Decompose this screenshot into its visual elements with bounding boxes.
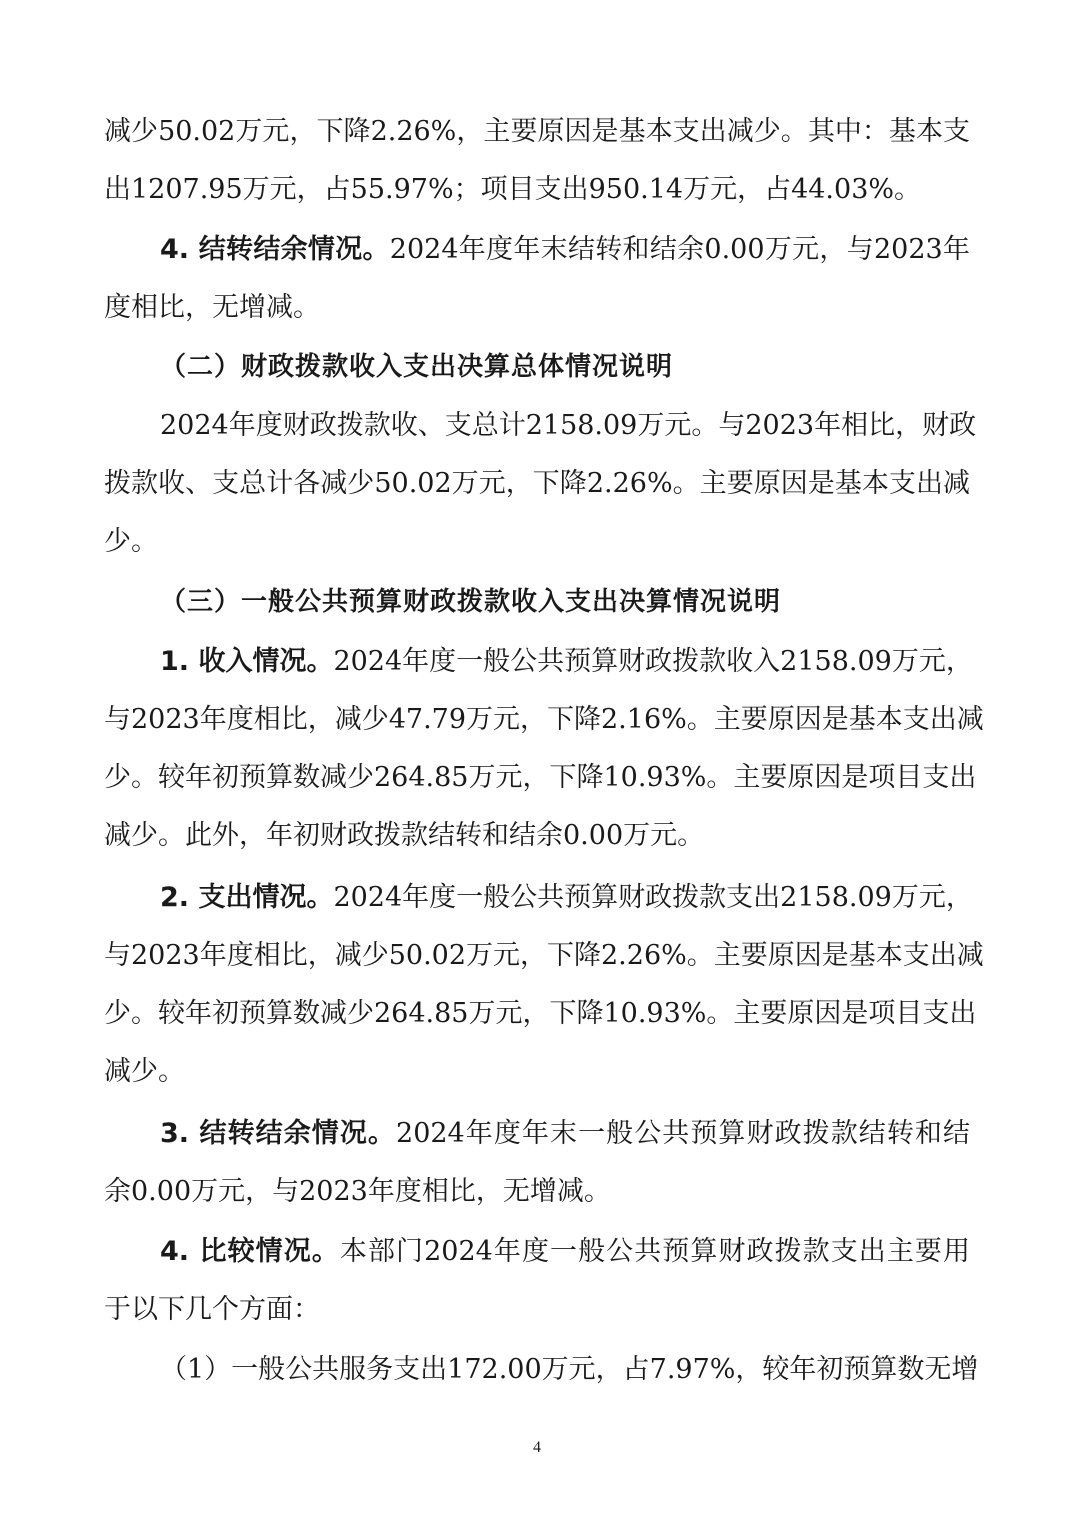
paragraph-line: 度相比，无增减。	[104, 288, 970, 328]
paragraph-line: 4. 比较情况。本部门2024年度一般公共预算财政拨款支出主要用	[160, 1232, 970, 1272]
paragraph-text: 2024年度年末结转和结余0.00万元，与2023年	[390, 234, 970, 265]
paragraph-line: 3. 结转结余情况。2024年度年末一般公共预算财政拨款结转和结	[160, 1114, 970, 1154]
paragraph-line: 少。较年初预算数减少264.85万元，下降10.93%。主要原因是项目支出	[104, 758, 970, 798]
paragraph-line: 与2023年度相比，减少47.79万元，下降2.16%。主要原因是基本支出减	[104, 700, 970, 740]
section-heading: （二）财政拨款收入支出决算总体情况说明	[160, 347, 673, 387]
paragraph-line: 2. 支出情况。2024年度一般公共预算财政拨款支出2158.09万元，	[160, 878, 970, 918]
paragraph-lead: 3. 结转结余情况。	[160, 1118, 396, 1149]
paragraph-text: 2024年度一般公共预算财政拨款支出2158.09万元，	[333, 882, 972, 913]
page-number: 4	[527, 1438, 547, 1458]
paragraph-line: 拨款收、支总计各减少50.02万元，下降2.26%。主要原因是基本支出减	[104, 464, 970, 504]
paragraph-lead: 1. 收入情况。	[160, 646, 333, 677]
paragraph-line: 1. 收入情况。2024年度一般公共预算财政拨款收入2158.09万元，	[160, 642, 970, 682]
paragraph-line: 减少50.02万元，下降2.26%，主要原因是基本支出减少。其中：基本支	[104, 112, 970, 152]
paragraph-line: 少。较年初预算数减少264.85万元，下降10.93%。主要原因是项目支出	[104, 994, 970, 1034]
section-heading: （三）一般公共预算财政拨款收入支出决算情况说明	[160, 582, 781, 622]
paragraph-line: 减少。此外，年初财政拨款结转和结余0.00万元。	[104, 816, 970, 856]
paragraph-line: 出1207.95万元，占55.97%；项目支出950.14万元，占44.03%。	[104, 170, 970, 210]
document-page: 减少50.02万元，下降2.26%，主要原因是基本支出减少。其中：基本支 出12…	[0, 0, 1074, 1520]
paragraph-text: 2024年度一般公共预算财政拨款收入2158.09万元，	[333, 646, 972, 677]
paragraph-lead: 4. 结转结余情况。	[160, 234, 390, 265]
paragraph-text: 本部门2024年度一般公共预算财政拨款支出主要用	[340, 1236, 970, 1267]
paragraph-lead: 2. 支出情况。	[160, 882, 333, 913]
paragraph-line: 2024年度财政拨款收、支总计2158.09万元。与2023年相比，财政	[160, 406, 970, 446]
paragraph-line: （1）一般公共服务支出172.00万元，占7.97%，较年初预算数无增	[160, 1350, 970, 1390]
paragraph-line: 于以下几个方面：	[104, 1290, 970, 1330]
paragraph-line: 少。	[104, 522, 970, 562]
paragraph-line: 减少。	[104, 1052, 970, 1092]
paragraph-line: 余0.00万元，与2023年度相比，无增减。	[104, 1172, 970, 1212]
paragraph-lead: 4. 比较情况。	[160, 1236, 340, 1267]
paragraph-line: 与2023年度相比，减少50.02万元，下降2.26%。主要原因是基本支出减	[104, 936, 970, 976]
paragraph-line: 4. 结转结余情况。2024年度年末结转和结余0.00万元，与2023年	[160, 230, 970, 270]
paragraph-text: 2024年度年末一般公共预算财政拨款结转和结	[396, 1118, 970, 1149]
